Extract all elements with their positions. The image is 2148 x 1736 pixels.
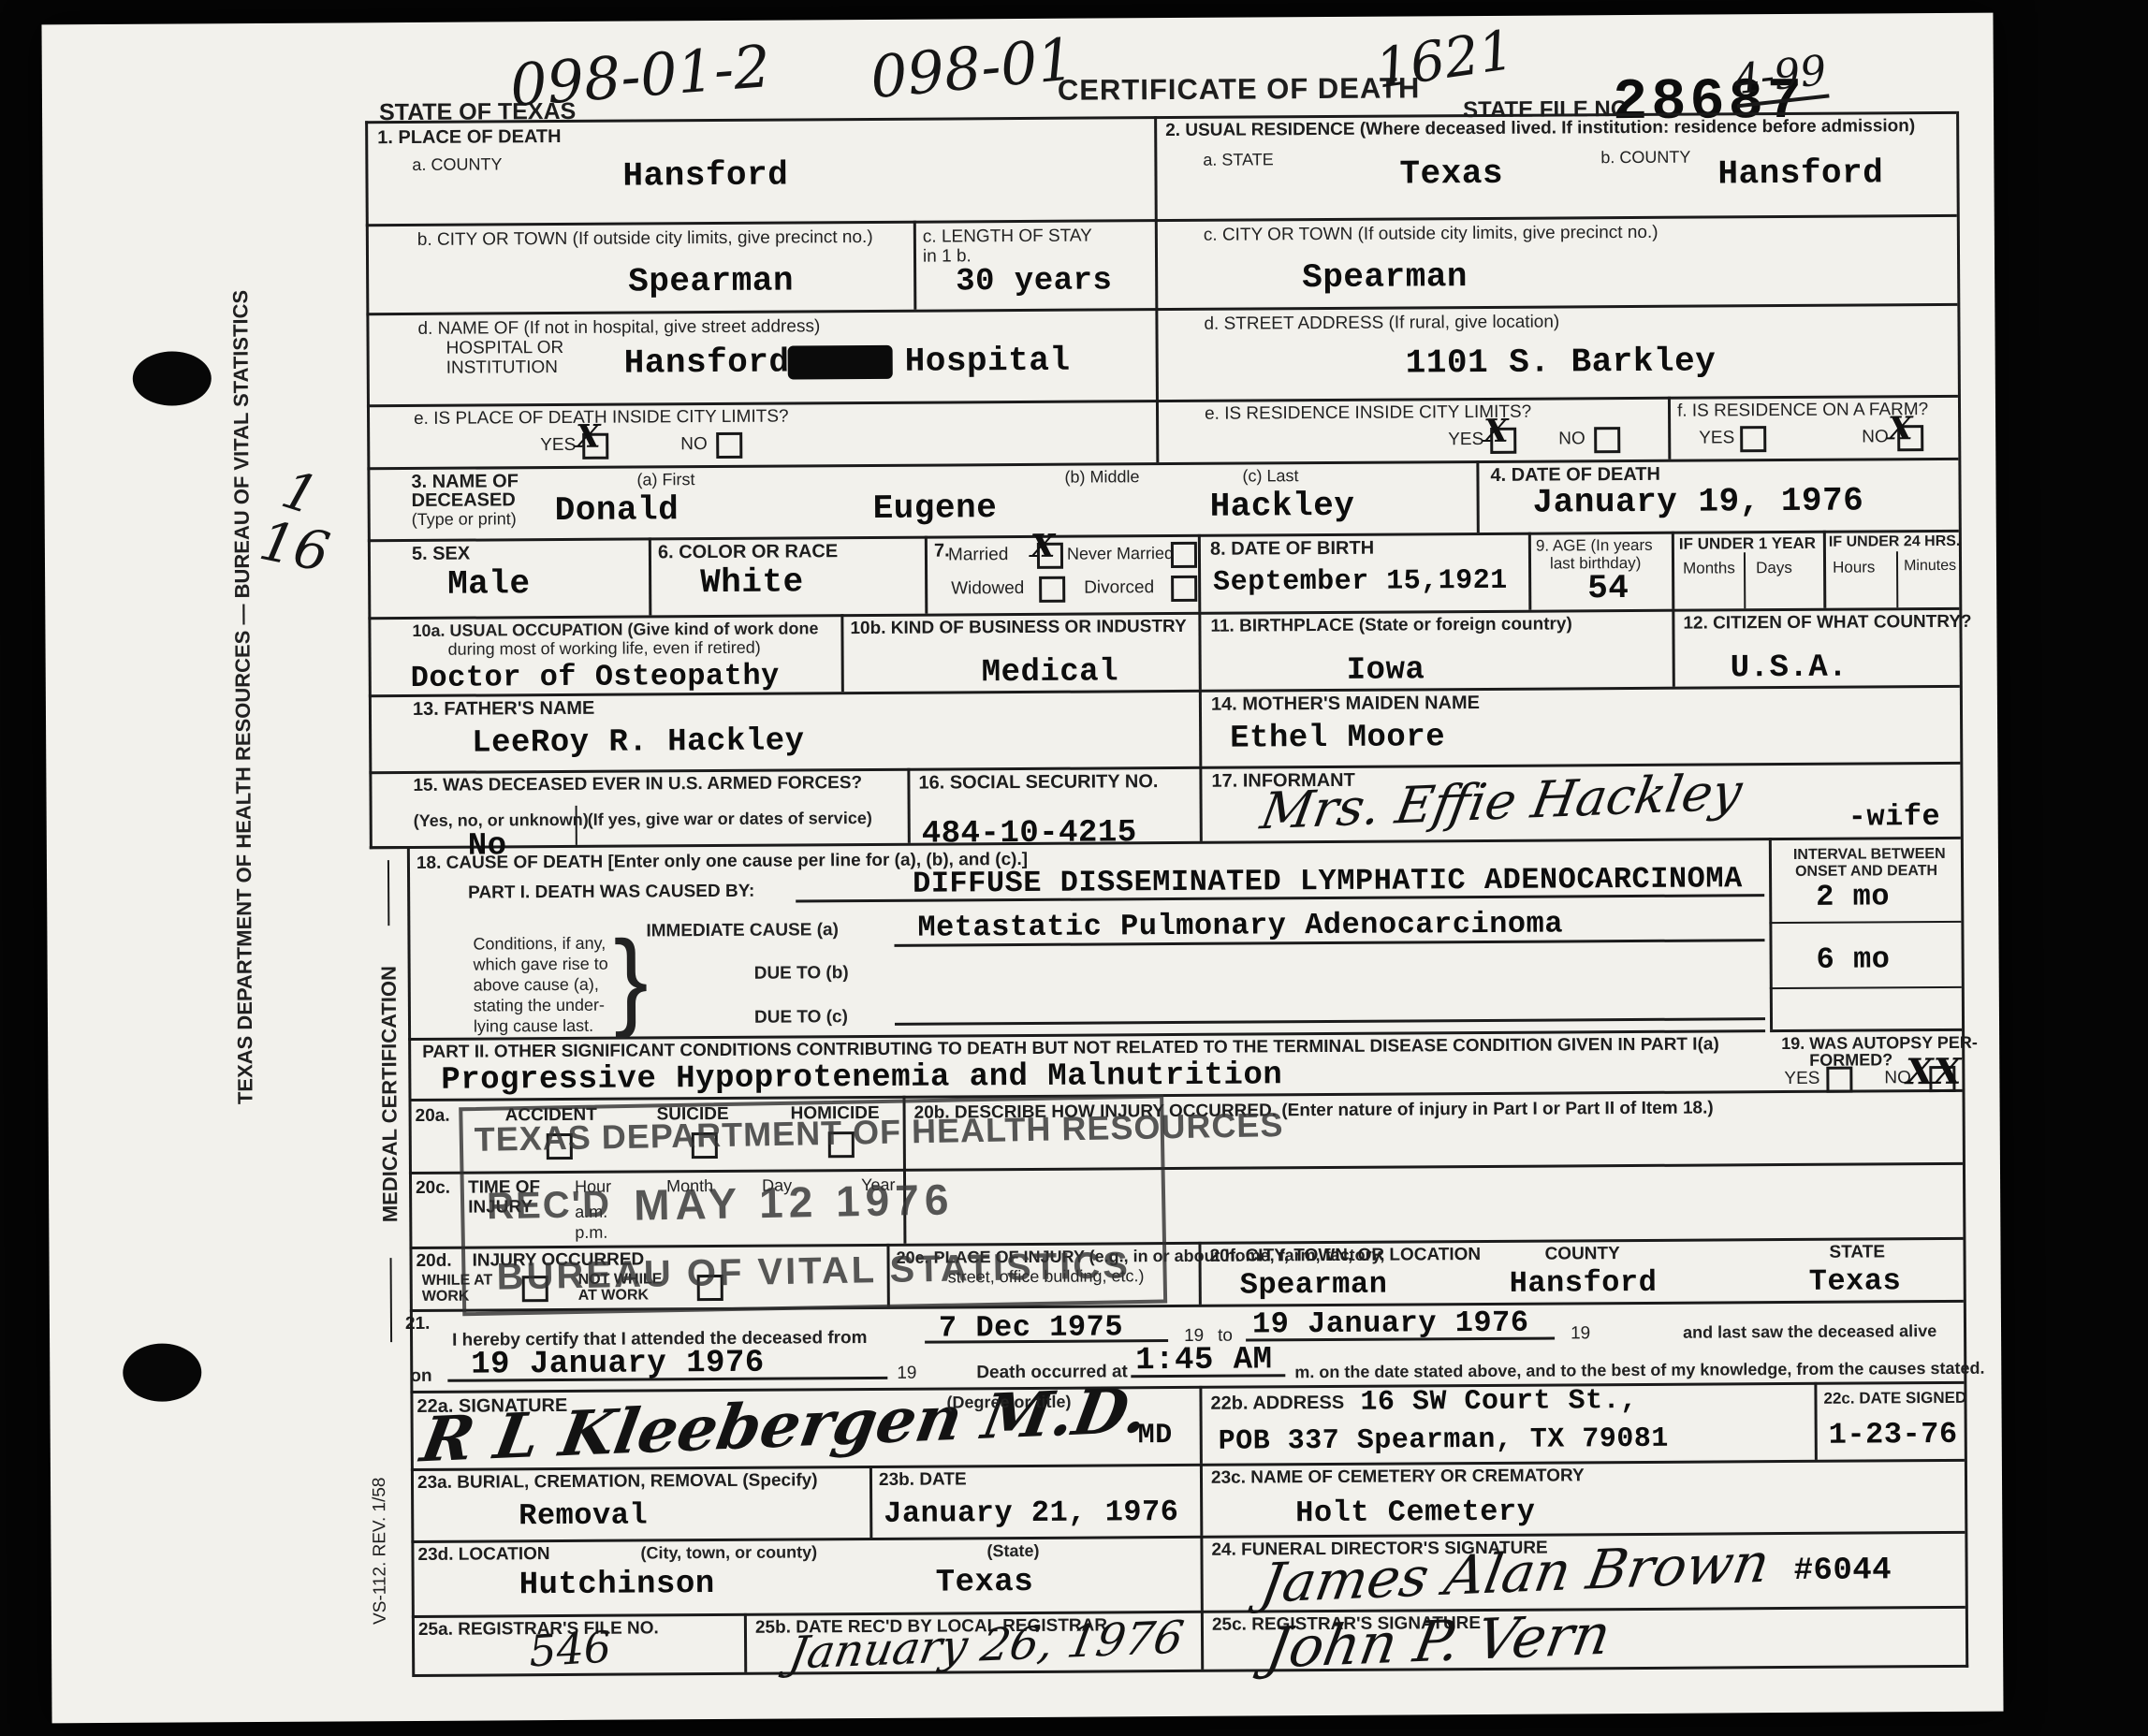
months-label: Months bbox=[1683, 559, 1735, 576]
residence-city-value: Spearman bbox=[1302, 257, 1468, 297]
injury-state-label: STATE bbox=[1829, 1242, 1885, 1262]
part1-label: PART I. DEATH WAS CAUSED BY: bbox=[468, 882, 754, 903]
conditions-note-5: lying cause last. bbox=[474, 1016, 593, 1036]
grid-line-v bbox=[1200, 1464, 1203, 1536]
farm-no-label: NO bbox=[1862, 427, 1889, 446]
grid-line bbox=[367, 458, 1958, 470]
due-to-c-label: DUE TO (c) bbox=[754, 1007, 848, 1028]
vertical-department-text: TEXAS DEPARTMENT OF HEALTH RESOURCES — B… bbox=[229, 356, 262, 1104]
grid-line-v bbox=[1476, 460, 1479, 532]
form-border-bottom bbox=[412, 1665, 1968, 1677]
grid-line-v bbox=[925, 536, 928, 614]
interval-a-value: 2 mo bbox=[1816, 879, 1890, 913]
widowed-label: Widowed bbox=[951, 578, 1024, 599]
due-to-c-line bbox=[895, 1017, 1765, 1026]
never-married-checkbox bbox=[1171, 542, 1197, 568]
married-label: Married bbox=[948, 545, 1009, 565]
part2-value: Progressive Hypoprotenemia and Malnutrit… bbox=[441, 1058, 1282, 1098]
physician-signature: R L Kleebergen M.D. bbox=[416, 1374, 1153, 1477]
certify-yr-3: 19 bbox=[897, 1364, 916, 1383]
certify-on-word: on bbox=[410, 1366, 431, 1386]
last-name-value: Hackley bbox=[1210, 487, 1355, 526]
hospital-value-1: Hansford bbox=[624, 343, 790, 383]
industry-label: 10b. KIND OF BUSINESS OR INDUSTRY bbox=[850, 617, 1186, 638]
interval-line bbox=[1769, 921, 1961, 924]
if-under-1-year-label: IF UNDER 1 YEAR bbox=[1679, 534, 1816, 553]
county-value: Hansford bbox=[622, 156, 788, 196]
days-label: Days bbox=[1756, 559, 1792, 576]
grid-line-v bbox=[907, 768, 910, 843]
burial-location-city: Hutchinson bbox=[519, 1567, 715, 1603]
residence-city-label: c. CITY OR TOWN (If outside city limits,… bbox=[1204, 223, 1658, 245]
residence-limits-yes-mark: X bbox=[1483, 413, 1509, 450]
burial-label: 23a. BURIAL, CREMATION, REMOVAL (Specify… bbox=[417, 1470, 818, 1493]
fathers-name-value: LeeRoy R. Hackley bbox=[472, 723, 805, 761]
physician-address-2: POB 337 Spearman, TX 79081 bbox=[1219, 1423, 1669, 1458]
injury-city-value: Spearman bbox=[1240, 1267, 1388, 1303]
grid-line-v bbox=[1154, 116, 1159, 462]
conditions-brace: } bbox=[613, 918, 649, 1040]
autopsy-yes-checkbox bbox=[1826, 1067, 1852, 1093]
handwritten-code-1: 098-01-2 bbox=[507, 32, 772, 120]
place-of-death-title: 1. PLACE OF DEATH bbox=[377, 126, 561, 149]
due-to-b-label: DUE TO (b) bbox=[754, 963, 849, 984]
grid-line-v bbox=[1528, 532, 1532, 610]
sex-value: Male bbox=[447, 564, 531, 604]
grid-line-v bbox=[1199, 690, 1203, 766]
grid-line-v bbox=[744, 1613, 747, 1672]
farm-no-mark: X bbox=[1888, 410, 1913, 447]
grid-line-v bbox=[649, 537, 652, 615]
certificate-page: TEXAS DEPARTMENT OF HEALTH RESOURCES — B… bbox=[41, 13, 2003, 1724]
punch-hole-top bbox=[133, 351, 212, 406]
place-limits-no-label: NO bbox=[680, 434, 708, 454]
place-limits-yes-mark: X bbox=[576, 418, 601, 456]
hospital-value-2: Hospital bbox=[905, 342, 1071, 381]
informant-relation: -wife bbox=[1848, 799, 1941, 835]
degree-title-label: (Degree or title) bbox=[946, 1393, 1071, 1412]
street-address-value: 1101 S. Barkley bbox=[1406, 342, 1717, 382]
conditions-note-1: Conditions, if any, bbox=[473, 934, 606, 954]
injury-county-label: COUNTY bbox=[1544, 1244, 1619, 1264]
injury-county-value: Hansford bbox=[1510, 1265, 1658, 1301]
grid-line-v bbox=[1896, 551, 1898, 607]
grid-line-v bbox=[1198, 534, 1202, 612]
middle-name-value: Eugene bbox=[873, 489, 998, 528]
burial-value: Removal bbox=[519, 1497, 648, 1533]
if-under-24-hrs-label: IF UNDER 24 HRS. bbox=[1829, 533, 1961, 551]
color-race-label: 6. COLOR OR RACE bbox=[658, 541, 838, 563]
vertical-medical-certification-text: MEDICAL CERTIFICATION bbox=[376, 944, 402, 1244]
injury-state-value: Texas bbox=[1809, 1263, 1902, 1299]
burial-date-value: January 21, 1976 bbox=[884, 1495, 1178, 1531]
burial-date-label: 23b. DATE bbox=[879, 1469, 967, 1490]
grid-line bbox=[366, 303, 1957, 315]
color-race-value: White bbox=[700, 562, 804, 602]
interval-line bbox=[1770, 986, 1962, 989]
grid-line bbox=[366, 214, 1957, 226]
divorced-label: Divorced bbox=[1084, 577, 1154, 598]
medical-cert-bracket-top bbox=[387, 860, 389, 926]
residence-county-value: Hansford bbox=[1717, 153, 1883, 193]
burial-location-label: 23d. LOCATION bbox=[417, 1544, 549, 1565]
grid-line-v bbox=[1744, 552, 1746, 608]
handwritten-margin-note-2: 16 bbox=[255, 508, 335, 585]
farm-yes-checkbox bbox=[1740, 426, 1766, 452]
immediate-cause-value: DIFFUSE DISSEMINATED LYMPHATIC ADENOCARC… bbox=[913, 861, 1743, 900]
armed-forces-sub-1: (Yes, no, or unknown) bbox=[414, 810, 589, 830]
time-of-injury-number: 20c. bbox=[416, 1178, 450, 1198]
grid-line-v bbox=[1198, 612, 1202, 690]
grid-line-v bbox=[1201, 1611, 1204, 1670]
hospital-label: d. NAME OF (If not in hospital, give str… bbox=[417, 316, 820, 339]
degree-value: MD bbox=[1138, 1420, 1173, 1452]
never-married-label: Never Married bbox=[1067, 544, 1174, 563]
ssn-label: 16. SOCIAL SECURITY NO. bbox=[918, 771, 1158, 794]
certify-from-value: 7 Dec 1975 bbox=[939, 1309, 1123, 1345]
grid-line-v bbox=[1199, 1386, 1203, 1464]
burial-location-state: Texas bbox=[936, 1565, 1034, 1601]
first-name-value: Donald bbox=[555, 490, 679, 530]
interval-b-value: 6 mo bbox=[1817, 941, 1891, 976]
grid-line-v bbox=[1814, 1382, 1818, 1460]
middle-name-label: (b) Middle bbox=[1064, 467, 1139, 487]
citizen-label: 12. CITIZEN OF WHAT COUNTRY? bbox=[1683, 612, 1971, 634]
conditions-note-4: stating the under- bbox=[474, 996, 605, 1015]
grid-line bbox=[412, 1606, 1965, 1618]
scanned-death-certificate: TEXAS DEPARTMENT OF HEALTH RESOURCES — B… bbox=[0, 0, 2148, 1736]
grid-line-v bbox=[1769, 838, 1773, 1029]
residence-state-label: a. STATE bbox=[1203, 150, 1273, 169]
interval-header-2: ONSET AND DEATH bbox=[1795, 863, 1937, 881]
birthplace-value: Iowa bbox=[1347, 652, 1425, 689]
residence-limits-yes-label: YES bbox=[1448, 430, 1483, 449]
widowed-checkbox bbox=[1039, 576, 1065, 603]
industry-value: Medical bbox=[982, 654, 1119, 691]
form-border-left-lower bbox=[407, 846, 415, 1674]
grid-line-v bbox=[1668, 397, 1671, 460]
stamp-received-date: MAY 12 1976 bbox=[634, 1174, 955, 1230]
occupation-value: Doctor of Osteopathy bbox=[411, 659, 780, 695]
place-city-limits-label: e. IS PLACE OF DEATH INSIDE CITY LIMITS? bbox=[414, 407, 789, 430]
handwritten-number: 1621 bbox=[1372, 18, 1518, 101]
certify-yr-2: 19 bbox=[1571, 1323, 1590, 1343]
divorced-checkbox bbox=[1171, 576, 1197, 602]
date-of-death-value: January 19, 1976 bbox=[1533, 482, 1864, 522]
city-label: b. CITY OR TOWN (If outside city limits,… bbox=[417, 227, 873, 250]
fathers-name-label: 13. FATHER'S NAME bbox=[413, 698, 595, 721]
sex-label: 5. SEX bbox=[412, 544, 470, 565]
medical-cert-bracket-bottom bbox=[390, 1258, 393, 1342]
autopsy-no-mark: XX bbox=[1906, 1050, 1961, 1092]
cemetery-label: 23c. NAME OF CEMETERY OR CREMATORY bbox=[1211, 1466, 1585, 1488]
last-name-label: (c) Last bbox=[1242, 466, 1298, 486]
hospital-label-2: HOSPITAL OR bbox=[446, 338, 564, 358]
residence-limits-label: e. IS RESIDENCE INSIDE CITY LIMITS? bbox=[1205, 402, 1531, 424]
grid-line-v bbox=[1823, 531, 1827, 608]
mothers-maiden-name-label: 14. MOTHER'S MAIDEN NAME bbox=[1211, 693, 1480, 715]
residence-limits-no-label: NO bbox=[1558, 429, 1585, 448]
certify-number: 21. bbox=[405, 1314, 431, 1334]
physician-address-1: 16 SW Court St., bbox=[1360, 1385, 1637, 1419]
date-of-birth-label: 8. DATE OF BIRTH bbox=[1210, 538, 1374, 560]
occupation-label: 10a. USUAL OCCUPATION (Give kind of work… bbox=[412, 619, 818, 640]
citizen-value: U.S.A. bbox=[1731, 650, 1848, 687]
certify-on-value: 19 January 1976 bbox=[471, 1346, 765, 1383]
injury-city-label: 20f. CITY, TOWN, OR LOCATION bbox=[1209, 1245, 1481, 1266]
certificate-title: CERTIFICATE OF DEATH bbox=[1058, 72, 1421, 107]
length-of-stay-label: c. LENGTH OF STAY bbox=[923, 226, 1092, 247]
grid-line-v bbox=[1672, 532, 1675, 609]
age-value: 54 bbox=[1587, 569, 1629, 607]
residence-county-label: b. COUNTY bbox=[1600, 148, 1690, 168]
interval-header-1: INTERVAL BETWEEN bbox=[1793, 846, 1946, 864]
injury-occurred-number: 20d. bbox=[416, 1251, 451, 1271]
residence-state-value: Texas bbox=[1399, 154, 1503, 194]
conditions-note-3: above cause (a), bbox=[474, 975, 599, 995]
date-signed-label: 22c. DATE SIGNED bbox=[1823, 1389, 1966, 1408]
registrar-file-no-value: 546 bbox=[528, 1621, 613, 1676]
form-border-left-upper bbox=[365, 121, 373, 849]
date-of-birth-value: September 15,1921 bbox=[1213, 565, 1508, 599]
form-border-right bbox=[1956, 111, 1968, 1668]
physician-address-label: 22b. ADDRESS bbox=[1210, 1393, 1344, 1414]
cemetery-value: Holt Cemetery bbox=[1295, 1495, 1535, 1531]
farm-yes-label: YES bbox=[1699, 428, 1734, 447]
grid-line-v bbox=[1199, 766, 1202, 841]
age-label: 9. AGE (In years bbox=[1536, 536, 1653, 555]
grid-line-v bbox=[869, 1466, 872, 1538]
street-address-label: d. STREET ADDRESS (If rural, give locati… bbox=[1204, 312, 1559, 334]
burial-location-sub-2: (State) bbox=[986, 1541, 1039, 1560]
burial-location-sub-1: (City, town, or county) bbox=[640, 1542, 817, 1562]
certify-time-value: 1:45 AM bbox=[1135, 1342, 1273, 1379]
autopsy-yes-label: YES bbox=[1784, 1069, 1819, 1088]
punch-hole-bottom bbox=[123, 1343, 201, 1402]
grid-line-v bbox=[913, 221, 917, 310]
hours-label: Hours bbox=[1833, 558, 1875, 576]
grid-line-v bbox=[1200, 1536, 1203, 1611]
first-name-label: (a) First bbox=[636, 470, 694, 489]
conditions-note-2: which gave rise to bbox=[474, 955, 608, 974]
funeral-director-license: #6044 bbox=[1793, 1553, 1892, 1589]
grid-line bbox=[410, 1381, 1964, 1393]
manner-number: 20a. bbox=[416, 1106, 450, 1126]
type-or-print-label: (Type or print) bbox=[412, 509, 517, 529]
handwritten-code-2: 098-01 bbox=[868, 24, 1077, 111]
certify-to-value: 19 January 1976 bbox=[1252, 1306, 1529, 1342]
certify-text-3: m. on the date stated above, and to the … bbox=[1294, 1359, 1984, 1382]
due-to-b-value: Metastatic Pulmonary Adenocarcinoma bbox=[917, 906, 1563, 944]
armed-forces-label: 15. WAS DECEASED EVER IN U.S. ARMED FORC… bbox=[413, 773, 862, 795]
grid-line-v bbox=[840, 614, 844, 692]
occupation-label-2: during most of working life, even if ret… bbox=[447, 638, 760, 659]
deceased-label-2: DECEASED bbox=[412, 489, 516, 511]
handwritten-file-suffix: 4-99 bbox=[1732, 47, 1829, 109]
place-limits-yes-label: YES bbox=[540, 435, 576, 455]
place-limits-no-checkbox bbox=[716, 432, 742, 459]
stamp-received: REC'D bbox=[487, 1184, 612, 1228]
armed-forces-sub-2: (If yes, give war or dates of service) bbox=[588, 809, 872, 829]
vertical-form-number-text: VS-112. REV. 1/58 bbox=[370, 1471, 391, 1630]
mothers-maiden-name-value: Ethel Moore bbox=[1230, 720, 1445, 756]
married-mark: X bbox=[1030, 528, 1056, 565]
usual-residence-title: 2. USUAL RESIDENCE (Where deceased lived… bbox=[1165, 116, 1915, 140]
length-of-stay-value: 30 years bbox=[956, 263, 1112, 299]
city-value: Spearman bbox=[628, 261, 794, 300]
hospital-label-3: INSTITUTION bbox=[446, 357, 558, 378]
grid-line-v bbox=[1672, 609, 1675, 687]
ssn-value: 484-10-4215 bbox=[922, 815, 1137, 852]
residence-limits-no-checkbox bbox=[1594, 427, 1620, 453]
grid-line bbox=[1770, 1028, 1962, 1032]
date-signed-value: 1-23-76 bbox=[1829, 1417, 1958, 1452]
minutes-label: Minutes bbox=[1904, 558, 1956, 575]
grid-line bbox=[370, 837, 1961, 849]
birthplace-label: 11. BIRTHPLACE (State or foreign country… bbox=[1210, 614, 1571, 636]
immediate-cause-label: IMMEDIATE CAUSE (a) bbox=[646, 920, 839, 941]
county-label: a. COUNTY bbox=[412, 154, 502, 174]
redaction-box bbox=[788, 345, 893, 380]
certify-text-2: and last saw the deceased alive bbox=[1683, 1321, 1936, 1342]
